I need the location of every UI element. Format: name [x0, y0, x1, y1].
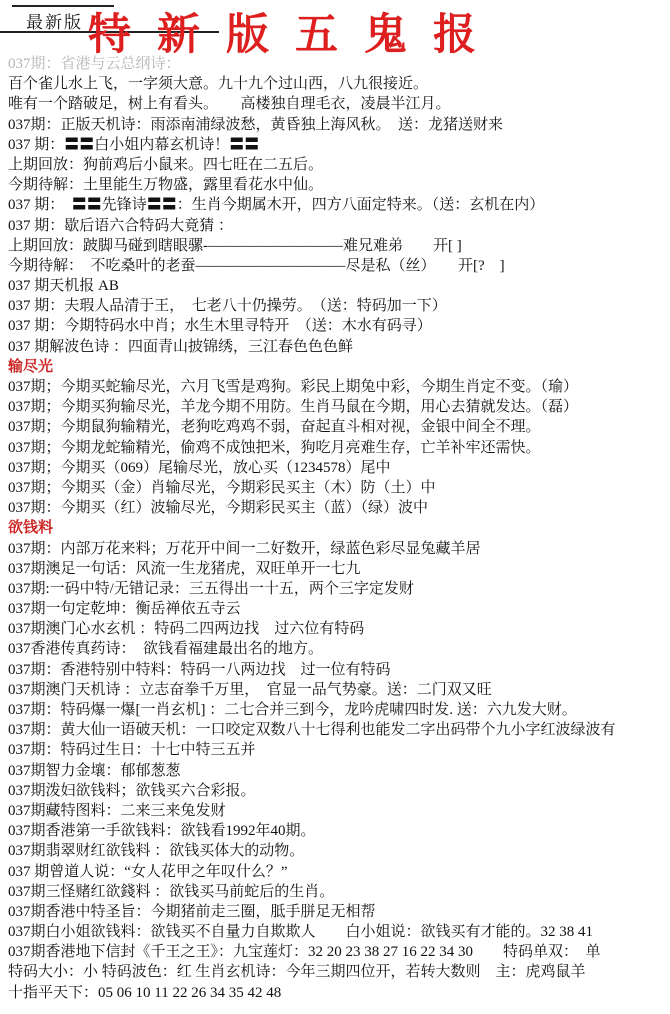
report-line: 037期：特码过生日：十七中特三五并	[8, 740, 668, 760]
report-line: 今期待解： 不吃桑叶的老蚕——————————尽是私（丝） 开[? ]	[8, 256, 668, 276]
report-line: 037期澳门心水玄机 ：特码二四两边找 过六位有特码	[8, 619, 668, 639]
report-line: 037期一句定乾坤：衡岳禅依五寺云	[8, 599, 668, 619]
report-line: 037期：正版天机诗：雨添南浦绿波愁，黄昏独上海风秋。 送：龙猪送财来	[8, 115, 668, 135]
report-line: 唯有一个踏破足，树上有看头。 高楼独自理毛衣，凌晨半江月。	[8, 94, 668, 114]
report-body: 037期：省港与云总纲诗：百个雀儿水上飞，一字须大意。九十九个过山西，八九很接近…	[8, 54, 668, 1003]
report-line: 037期智力金壤：郁郁葱葱	[8, 761, 668, 781]
report-line: 037 期：夫瑕人品清于王， 七老八十仍操劳。 （送：特码加一下）	[8, 296, 668, 316]
report-line: 037期澳足一句话：风流一生龙猪虎，双旺单开一七九	[8, 559, 668, 579]
report-line: 037期：省港与云总纲诗：	[8, 54, 668, 74]
report-line: 037期翡翠财红欲钱料 ：欲钱买体大的动物。	[8, 841, 668, 861]
report-line: 037期；今期买（金）肖输尽光，今期彩民买主（木）防（土）中	[8, 478, 668, 498]
section-header: 输尽光	[8, 357, 668, 377]
report-line: 037期：黄大仙一语破天机：一口咬定双数八十七得利也能发二字出码带个九小字红波绿…	[8, 720, 668, 740]
report-line: 037期：特码爆一爆[一肖玄机] ：二七合并三到今，龙吟虎啸四时发. 送：六九发…	[8, 700, 668, 720]
edition-label: 最新版	[26, 8, 83, 33]
report-line: 037期：香港特别中特料：特码一八两边找 过一位有特码	[8, 660, 668, 680]
report-line: 037期三怪赌红欲錢料 ：欲钱买马前蛇后的生肖。	[8, 882, 668, 902]
report-line: 037 期曾道人说：“女人花甲之年叹什么？”	[8, 862, 668, 882]
report-line: 037期：今期买（红）波输尽光，今期彩民买主（蓝）（绿）波中	[8, 498, 668, 518]
report-line: 百个雀儿水上飞，一字须大意。九十九个过山西，八九很接近。	[8, 74, 668, 94]
report-line: 上期回放：跛脚马碰到瞎眼骡-—————————难兄难弟 开[ ]	[8, 236, 668, 256]
report-line: 037期香港地下信封《千王之王》：九宝莲灯：32 20 23 38 27 16 …	[8, 942, 668, 962]
report-line: 十指平天下：05 06 10 11 22 26 34 35 42 48	[8, 983, 668, 1003]
report-line: 特码大小：小 特码波色：红 生肖玄机诗：今年三期四位开，若转大数则 主：虎鸡鼠羊	[8, 962, 668, 982]
report-line: 037期；今期鼠狗输精光，老狗吃鸡鸡不弱，奋起直斗相对视，金银中间全不理。	[8, 417, 668, 437]
report-line: 037期藏特图料：二来三来兔发财	[8, 801, 668, 821]
report-line: 037 期：今期特码水中肖；水生木里寻特开 （送：木水有码寻）	[8, 316, 668, 336]
report-line: 037期白小姐欲钱料：欲钱买不自量力自欺欺人 白小姐说：欲钱买有才能的。32 3…	[8, 922, 668, 942]
report-line: 037期；今期买蛇输尽光，六月飞雪是鸡狗。彩民上期兔中彩，今期生肖定不变。（瑜）	[8, 377, 668, 397]
report-line: 037期泼妇欲钱料；欲钱买六合彩报。	[8, 781, 668, 801]
report-line: 037 期： 〓〓先锋诗〓〓：生肖今期属木开，四方八面定特来。（送：玄机在内）	[8, 195, 668, 215]
section-header: 欲钱料	[8, 518, 668, 538]
report-line: 037期：内部万花来料；万花开中间一二好数开，绿蓝色彩尽显兔藏羊居	[8, 539, 668, 559]
report-line: 037期:一码中特/无错记录：三五得出一十五，两个三字定发财	[8, 579, 668, 599]
report-line: 037期；今期买狗输尽光，羊龙今期不用防。生肖马鼠在今期，用心去猜就发达。（磊）	[8, 397, 668, 417]
page-title: 特新版五鬼报	[88, 1, 502, 62]
report-line: 037期澳门天机诗 ：立志奋拳千万里， 官显一品气势豪。送：二门双又旺	[8, 680, 668, 700]
report-line: 037 期天机报 AB	[8, 276, 668, 296]
report-line: 037 期：〓〓白小姐内幕玄机诗！〓〓	[8, 135, 668, 155]
report-line: 037 期：歇后语六合特码大竟猜 ：	[8, 216, 668, 236]
report-line: 今期待解：土里能生万物盛，露里看花水中仙。	[8, 175, 668, 195]
report-line: 037期；今期买（069）尾输尽光，放心买（1234578）尾中	[8, 458, 668, 478]
report-line: 上期回放：狗前鸡后小鼠来。四七旺在二五后。	[8, 155, 668, 175]
report-line: 037期香港中特圣旨：今期猪前走三圈，胝手胼足无相帮	[8, 902, 668, 922]
report-line: 037期；今期龙蛇输精光，偷鸡不成蚀把米，狗吃月亮难生存，亡羊补牢还需快。	[8, 438, 668, 458]
report-line: 037香港传真药诗： 欲钱看福建最出名的地方。	[8, 639, 668, 659]
report-line: 037 期解波色诗 ：四面青山披锦绣，三江春色色色鲜	[8, 337, 668, 357]
report-line: 037期香港第一手欲钱料：欲钱看1992年40期。	[8, 821, 668, 841]
